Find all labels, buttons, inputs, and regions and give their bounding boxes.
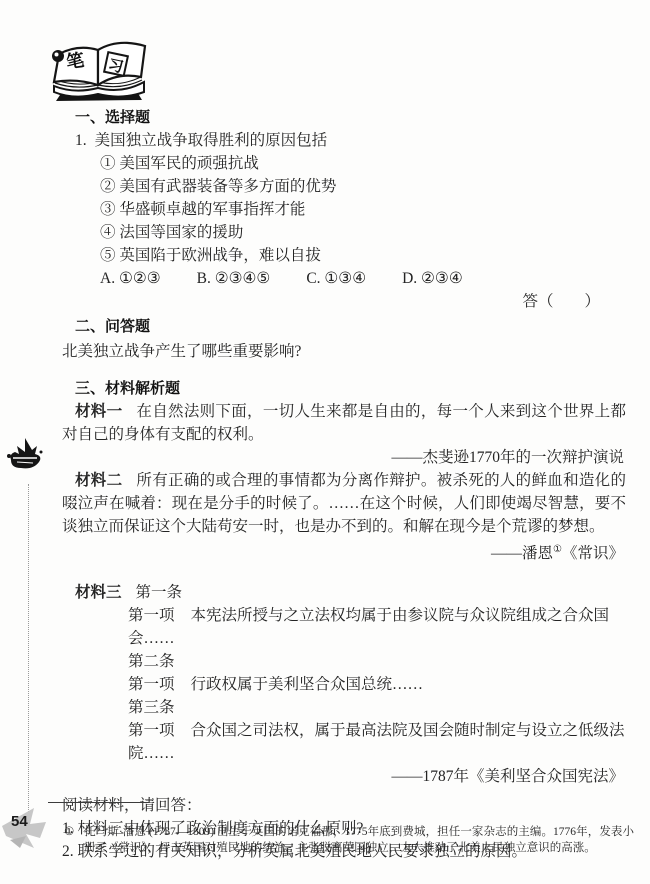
choice-option-3: ③ 华盛顿卓越的军事指挥才能 <box>100 198 626 221</box>
clause-term: 第一项 <box>128 607 175 624</box>
material-1-text: 在自然法则下面，一切人生来都是自由的，每一个人来到这个世界上都对自己的身体有支配… <box>62 403 626 443</box>
answer-blank: 答（ ） <box>62 290 626 313</box>
exercise-content: 一、选择题 1.美国独立战争取得胜利的原因包括 ① 美国军民的顽强抗战 ② 美国… <box>62 106 626 863</box>
reading-prompt: 阅读材料，请回答： <box>62 794 626 817</box>
workbook-page: 笔 习 一、选择题 1.美国独立战争取得胜利的原因包括 ① 美国军民的顽强抗战 … <box>0 0 650 884</box>
answer-choice-c: C. ①③④ <box>306 267 366 290</box>
material-1-label: 材料一 <box>75 403 122 420</box>
answer-choice-b: B. ②③④⑤ <box>197 267 271 290</box>
choice-option-1: ① 美国军民的顽强抗战 <box>100 152 626 175</box>
material-3-article-1: 材料三第一条 <box>62 581 626 604</box>
page-number: 54 <box>11 813 28 830</box>
essay-question: 北美独立战争产生了哪些重要影响? <box>62 340 626 363</box>
choice-option-5: ⑤ 英国陷于欧洲战争，难以自拔 <box>100 244 626 267</box>
material-1-source: ——杰斐逊1770年的一次辩护演说 <box>62 446 626 469</box>
choice-option-2: ② 美国有武器装备等多方面的优势 <box>100 175 626 198</box>
practice-book-logo: 笔 习 <box>42 34 158 106</box>
material-3-article-3: 第三条 <box>128 696 626 719</box>
clause-term: 第一项 <box>128 676 175 693</box>
footnote: ①托马斯·潘恩 (1737—1809) 出生于英国的诺克福郡，1775年底到费城… <box>64 824 634 857</box>
material-3-source: ——1787年《美利坚合众国宪法》 <box>62 765 626 788</box>
material-2-source-author: ——潘恩 <box>491 545 553 562</box>
article-term: 第二条 <box>128 653 175 670</box>
material-3-block: 材料三第一条 第一项本宪法所授与之立法权均属于由参议院与众议院组成之合众国会……… <box>62 581 626 765</box>
material-3-article-2: 第二条 <box>128 650 626 673</box>
sailboat-icon <box>5 432 45 484</box>
material-2-label: 材料二 <box>75 472 122 489</box>
logo-char-left: 笔 <box>65 49 86 72</box>
answer-choice-d: D. ②③④ <box>402 267 463 290</box>
material-3-label: 材料三 <box>75 584 122 601</box>
footnote-marker: ① <box>64 824 84 841</box>
article-term: 第三条 <box>128 699 175 716</box>
footnote-rule <box>48 802 149 803</box>
pen-nib-icon <box>52 50 64 62</box>
clause-text: 合众国之司法权，属于最高法院及国会随时制定与设立之低级法院…… <box>128 722 625 762</box>
clause-term: 第一项 <box>128 722 175 739</box>
article-term: 第一条 <box>136 584 183 601</box>
clause-text: 行政权属于美利坚合众国总统…… <box>191 676 424 693</box>
question-text: 美国独立战争取得胜利的原因包括 <box>95 132 328 149</box>
footnote-reference: ① <box>553 544 562 555</box>
material-2-text: 所有正确的或合理的事情都为分离作辩护。被杀死的人的鲜血和造化的啜泣声在喊着：现在… <box>62 472 626 535</box>
material-2-paragraph: 材料二所有正确的或合理的事情都为分离作辩护。被杀死的人的鲜血和造化的啜泣声在喊着… <box>62 469 626 538</box>
question-number: 1. <box>75 132 87 149</box>
section-1-heading: 一、选择题 <box>62 106 626 129</box>
margin-rule <box>28 484 29 812</box>
material-3-clause: 第一项行政权属于美利坚合众国总统…… <box>128 673 626 696</box>
choice-question: 1.美国独立战争取得胜利的原因包括 <box>62 129 626 152</box>
answer-choice-a: A. ①②③ <box>100 267 161 290</box>
material-2-source-title: 《常识》 <box>562 545 624 562</box>
answer-choices-row: A. ①②③ B. ②③④⑤ C. ①③④ D. ②③④ <box>100 267 626 290</box>
clause-text: 本宪法所授与之立法权均属于由参议院与众议院组成之合众国会…… <box>128 607 609 647</box>
choice-option-4: ④ 法国等国家的援助 <box>100 221 626 244</box>
material-2-source: ——潘恩①《常识》 <box>62 538 626 565</box>
section-2-heading: 二、问答题 <box>62 315 626 338</box>
material-3-clause: 第一项本宪法所授与之立法权均属于由参议院与众议院组成之合众国会…… <box>128 604 626 650</box>
material-1-paragraph: 材料一在自然法则下面，一切人生来都是自由的，每一个人来到这个世界上都对自己的身体… <box>62 400 626 446</box>
section-3-heading: 三、材料解析题 <box>62 377 626 400</box>
footnote-text: 托马斯·潘恩 (1737—1809) 出生于英国的诺克福郡，1775年底到费城，… <box>84 826 634 855</box>
material-3-clause: 第一项合众国之司法权，属于最高法院及国会随时制定与设立之低级法院…… <box>128 719 626 765</box>
